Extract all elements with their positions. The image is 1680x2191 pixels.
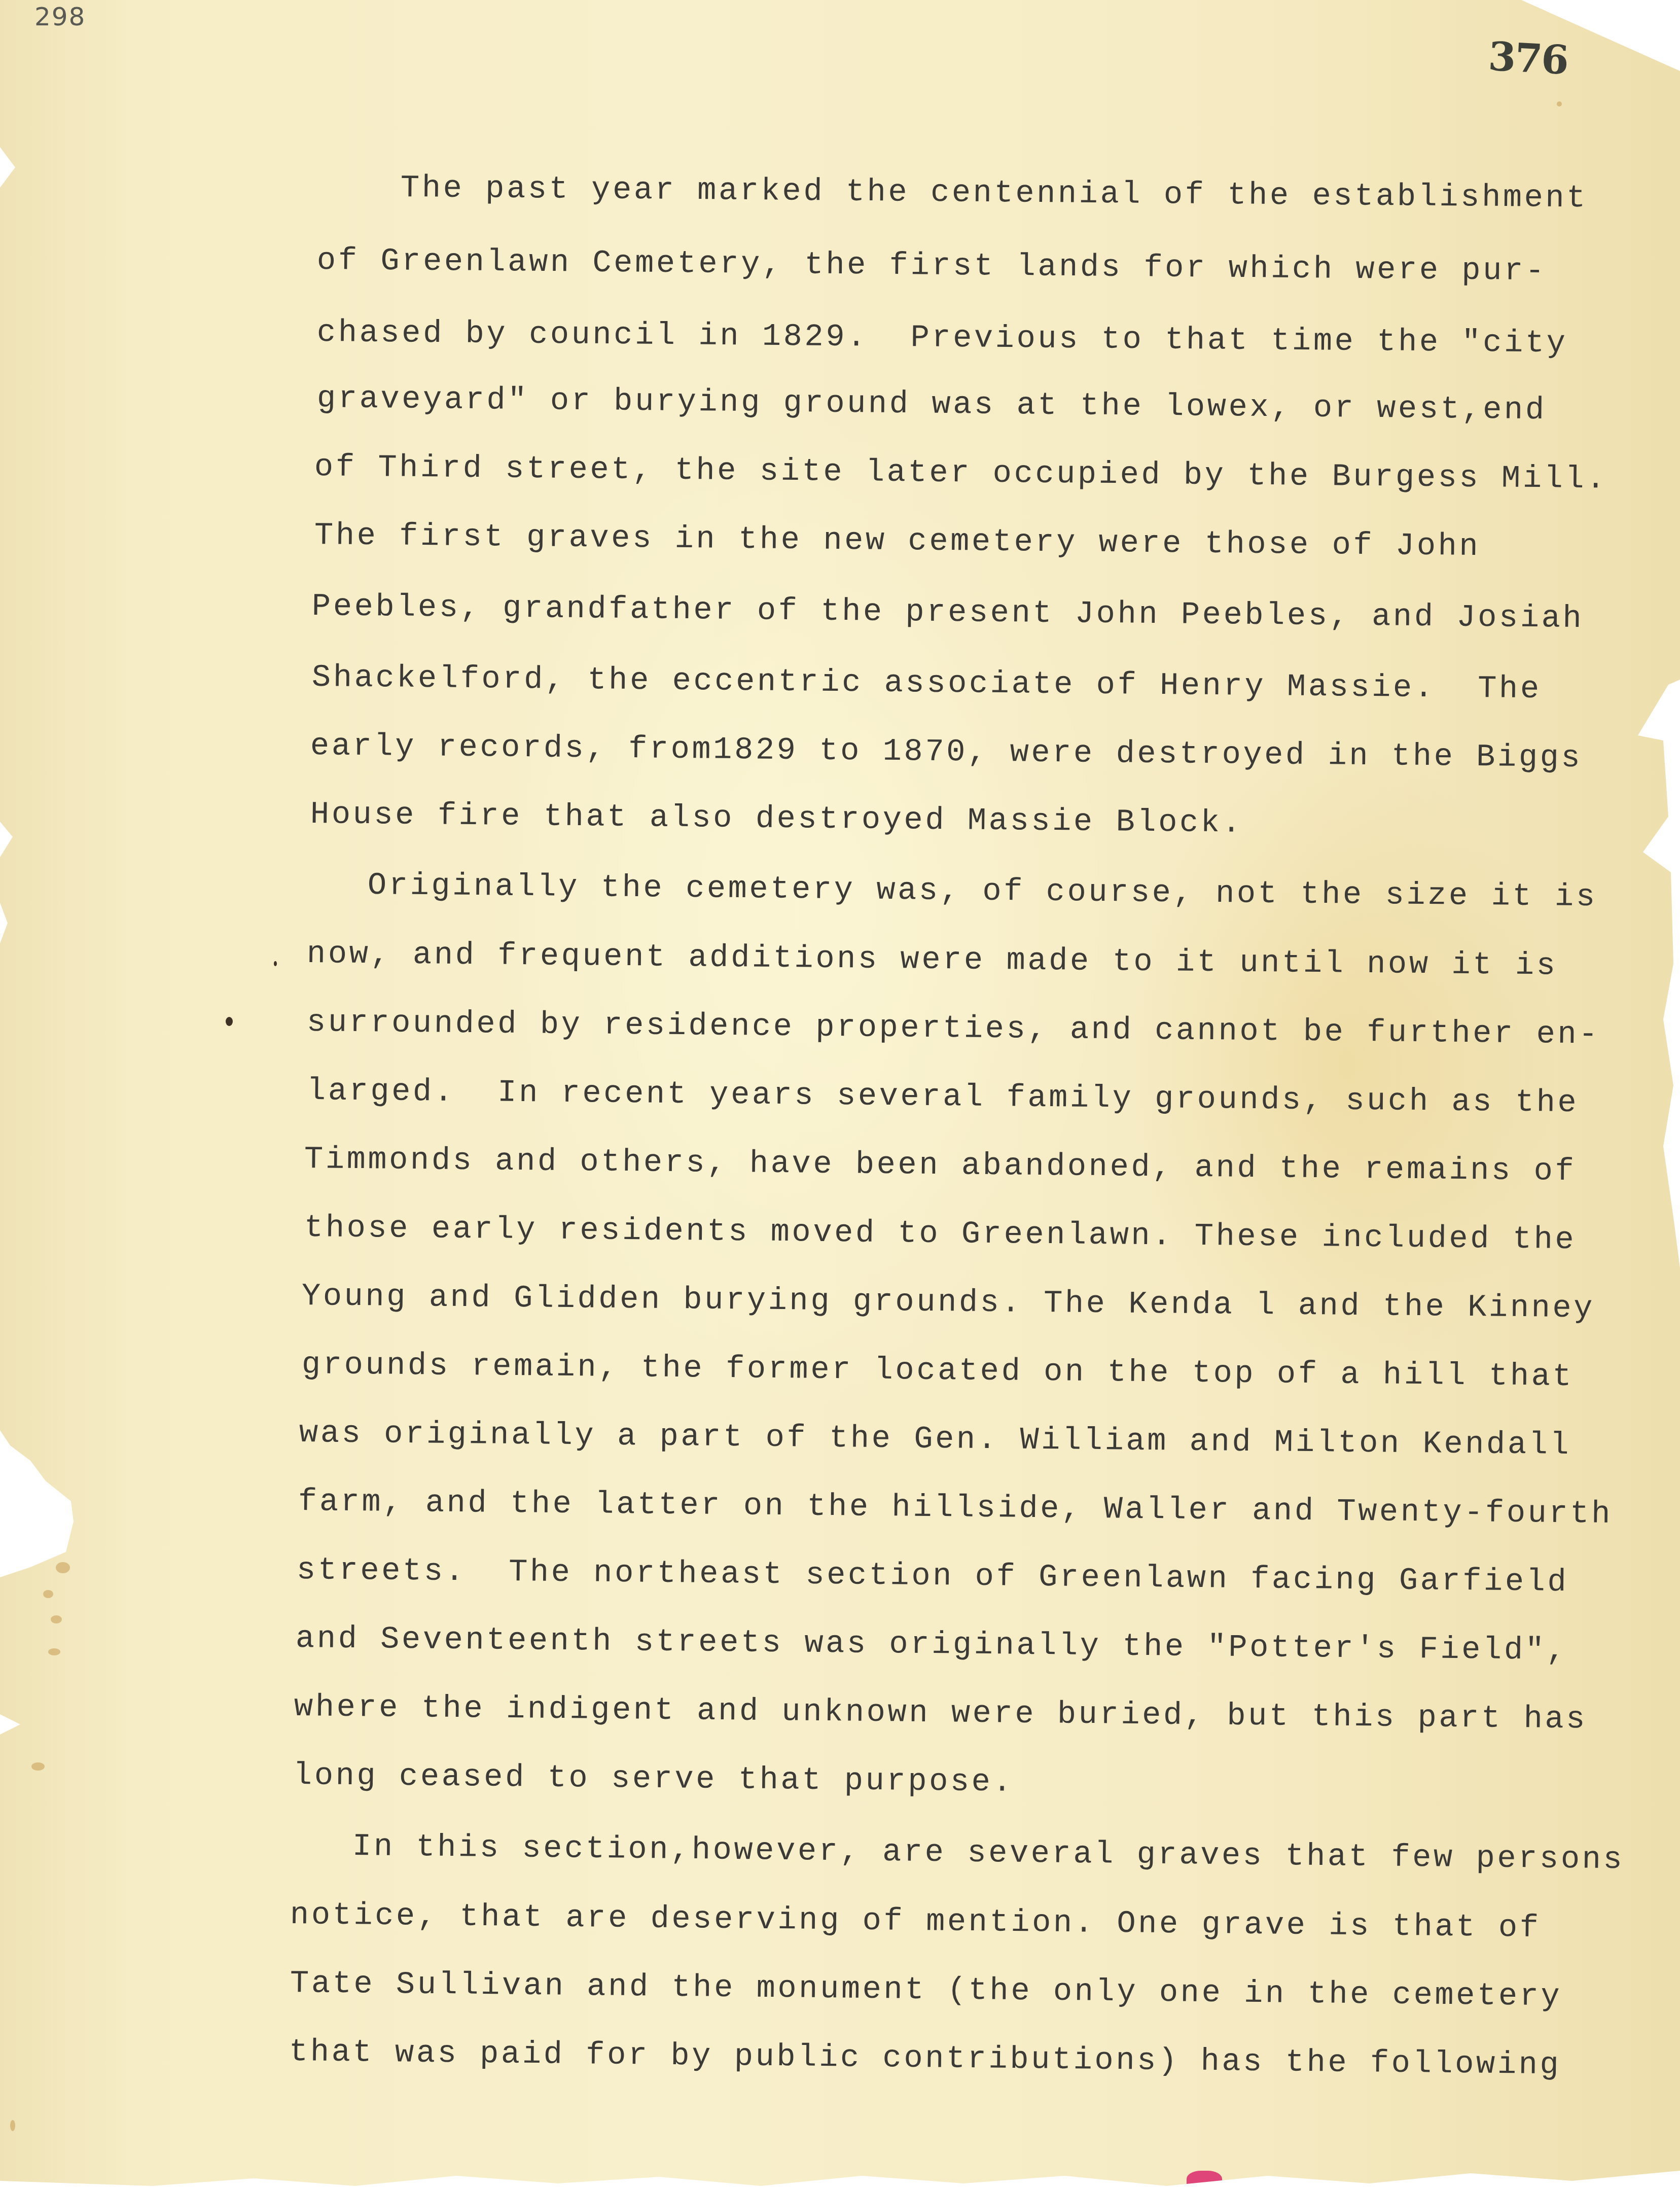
text-line: long ceased to serve that purpose.: [293, 1757, 1014, 1800]
foxing-stain: [1557, 101, 1562, 107]
ink-mark: [226, 1017, 233, 1026]
foxing-stain: [51, 1615, 62, 1623]
pink-stain: [1187, 2171, 1222, 2191]
ink-mark: [274, 961, 277, 966]
foxing-stain: [48, 1648, 60, 1655]
foxing-stain: [56, 1562, 70, 1573]
foxing-stain: [31, 1762, 45, 1771]
handwritten-page-number: 376: [1487, 33, 1569, 84]
foxing-stain: [10, 2120, 15, 2131]
typed-page-number: 298: [34, 2, 86, 31]
foxing-stain: [43, 1590, 53, 1598]
